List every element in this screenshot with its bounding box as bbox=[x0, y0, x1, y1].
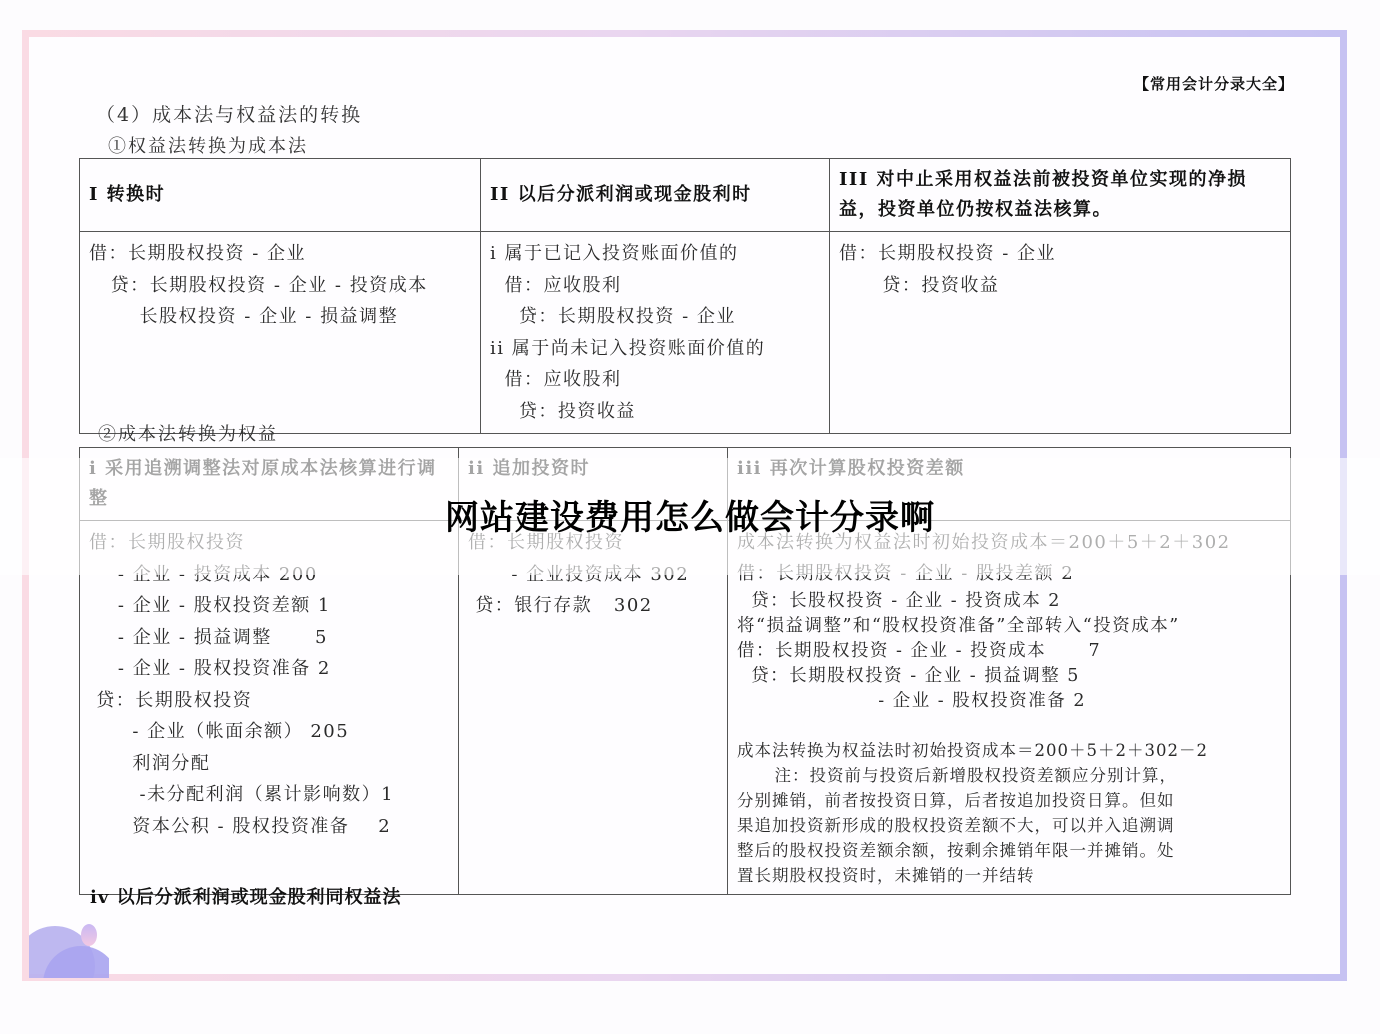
entry-cell: i 属于已记入投资账面价值的 借：应收股利 贷：长期股权投资 - 企业 ii 属… bbox=[481, 232, 830, 434]
entry-line: 贷：投资收益 bbox=[839, 270, 1281, 302]
spacer bbox=[737, 714, 1281, 738]
overlay-title: 网站建设费用怎么做会计分录啊 bbox=[0, 490, 1380, 539]
entry-cell: 借：长期股权投资 - 企业投资成本 302 贷：银行存款 302 bbox=[459, 521, 728, 895]
entry-line: - 企业 - 股权投资准备 2 bbox=[89, 653, 449, 685]
table-row: 借：长期股权投资 - 企业 贷：长期股权投资 - 企业 - 投资成本 长股权投资… bbox=[80, 232, 1291, 434]
section-title: （4）成本法与权益法的转换 bbox=[96, 100, 362, 127]
entry-line: 分别摊销，前者按投资日算，后者按追加投资日算。但如 bbox=[737, 788, 1281, 813]
entry-line: 贷：长期股权投资 bbox=[89, 685, 449, 717]
entry-cell: 借：长期股权投资 - 企业 - 投资成本 200 - 企业 - 股权投资差额 1… bbox=[80, 521, 459, 895]
entry-line: 注：投资前与投资后新增股权投资差额应分别计算， bbox=[737, 763, 1281, 788]
entry-line: 借：长期股权投资 - 企业 bbox=[839, 238, 1281, 270]
entry-line: - 企业（帐面余额） 205 bbox=[89, 716, 449, 748]
entry-line: 成本法转换为权益法时初始投资成本＝200＋5＋2＋302－2 bbox=[737, 738, 1281, 763]
entry-line: 借：长期股权投资 - 企业 bbox=[89, 238, 471, 270]
entry-line: 贷：长期股权投资 - 企业 - 投资成本 bbox=[89, 270, 471, 302]
header-cell: II 以后分派利润或现金股利时 bbox=[481, 159, 830, 232]
entry-line: 果追加投资新形成的股权投资差额不大，可以并入追溯调 bbox=[737, 813, 1281, 838]
entry-line: 置长期股权投资时，未摊销的一并结转 bbox=[737, 863, 1281, 888]
header-cell: III 对中止采用权益法前被投资单位实现的净损益，投资单位仍按权益法核算。 bbox=[830, 159, 1291, 232]
entry-line: 贷：投资收益 bbox=[490, 396, 820, 428]
entry-line: 借：应收股利 bbox=[490, 270, 820, 302]
header-cell: I 转换时 bbox=[80, 159, 481, 232]
entry-line: 贷：长期股权投资 - 企业 - 损益调整 5 bbox=[737, 664, 1281, 689]
entry-cell: 成本法转换为权益法时初始投资成本＝200＋5＋2＋302 借：长期股权投资 - … bbox=[728, 521, 1291, 895]
entry-line: ii 属于尚未记入投资账面价值的 bbox=[490, 333, 820, 365]
entry-line: 资本公积 - 股权投资准备 2 bbox=[89, 811, 449, 843]
entry-line: 借：长期股权投资 - 企业 - 投资成本 7 bbox=[737, 639, 1281, 664]
entry-line: 贷：银行存款 302 bbox=[468, 590, 718, 622]
entry-line: 贷：长期股权投资 - 企业 bbox=[490, 301, 820, 333]
entry-cell: 借：长期股权投资 - 企业 贷：长期股权投资 - 企业 - 投资成本 长股权投资… bbox=[80, 232, 481, 434]
footer-note: iv 以后分派利润或现金股利同权益法 bbox=[90, 883, 402, 909]
entry-line: i 属于已记入投资账面价值的 bbox=[490, 238, 820, 270]
entry-line: - 企业 - 损益调整 5 bbox=[89, 622, 449, 654]
part1-title: ①权益法转换为成本法 bbox=[108, 132, 308, 158]
entry-line: 整后的股权投资差额余额，按剩余摊销年限一并摊销。处 bbox=[737, 838, 1281, 863]
entry-line: -未分配利润（累计影响数）1 bbox=[89, 779, 449, 811]
table-row: 借：长期股权投资 - 企业 - 投资成本 200 - 企业 - 股权投资差额 1… bbox=[80, 521, 1291, 895]
part2-title: ②成本法转换为权益 bbox=[98, 420, 278, 446]
equity-to-cost-table: I 转换时 II 以后分派利润或现金股利时 III 对中止采用权益法前被投资单位… bbox=[79, 158, 1291, 434]
table-header-row: I 转换时 II 以后分派利润或现金股利时 III 对中止采用权益法前被投资单位… bbox=[80, 159, 1291, 232]
entry-line: - 企业 - 股权投资准备 2 bbox=[737, 689, 1281, 714]
entry-line: 借：应收股利 bbox=[490, 364, 820, 396]
entry-line: 长股权投资 - 企业 - 损益调整 bbox=[89, 301, 471, 333]
entry-line: - 企业 - 股权投资差额 1 bbox=[89, 590, 449, 622]
entry-cell: 借：长期股权投资 - 企业 贷：投资收益 bbox=[830, 232, 1291, 434]
entry-line: 将“损益调整”和“股权投资准备”全部转入“投资成本” bbox=[737, 614, 1281, 639]
entry-line: 贷：长股权投资 - 企业 - 投资成本 2 bbox=[737, 589, 1281, 614]
brand-label: 【常用会计分录大全】 bbox=[1134, 73, 1294, 94]
entry-line: 利润分配 bbox=[89, 748, 449, 780]
